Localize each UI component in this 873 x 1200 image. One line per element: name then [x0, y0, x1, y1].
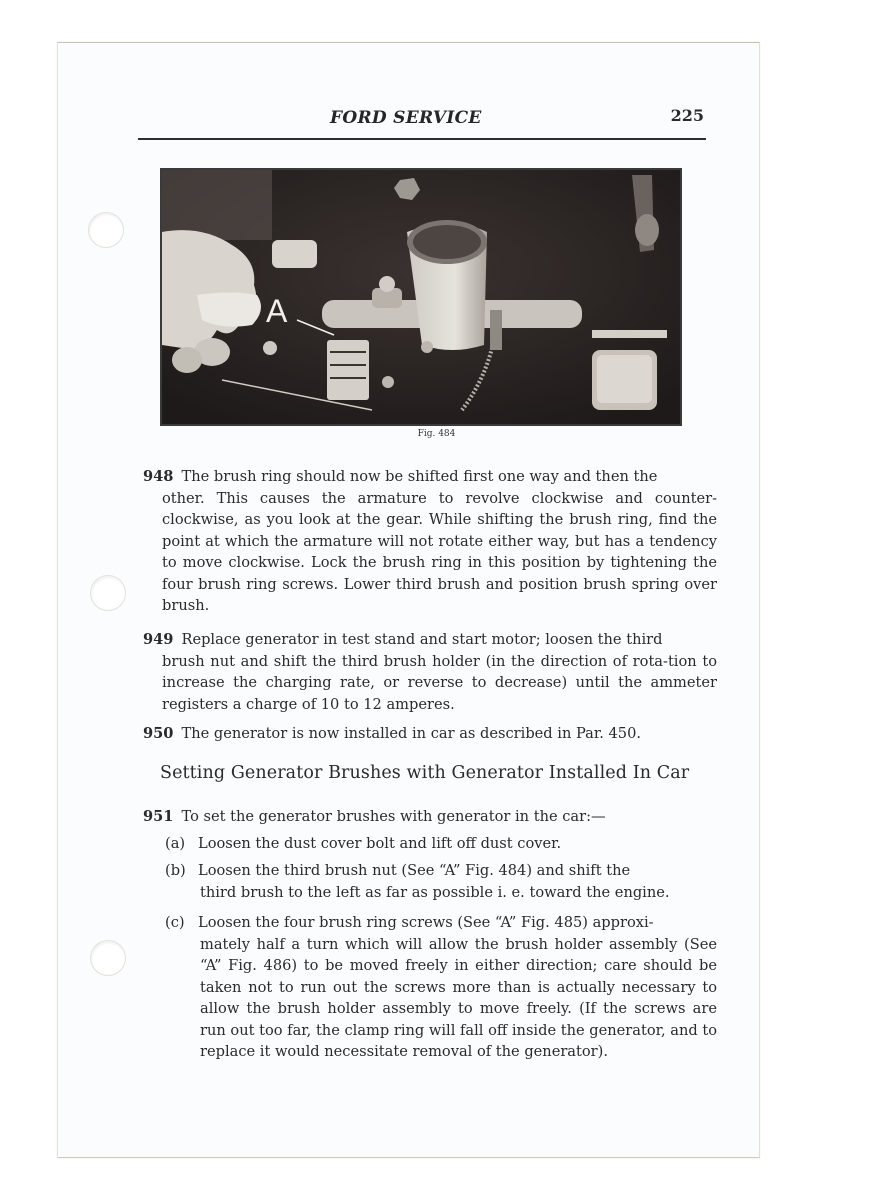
page-header: FORD SERVICE 225: [138, 104, 706, 140]
paragraph-number: 948: [143, 468, 173, 485]
step-text: Loosen the dust cover bolt and lift off …: [198, 835, 561, 852]
step-label: (c): [165, 912, 198, 934]
page-number: 225: [671, 106, 704, 125]
paragraph-continuation: brush nut and shift the third brush hold…: [143, 651, 717, 716]
step-continuation: third brush to the left as far as possib…: [165, 882, 717, 904]
binder-hole-bottom: [90, 940, 126, 976]
step-first-line: Loosen the third brush nut (See “A” Fig.…: [198, 862, 630, 879]
paragraph-951: 951To set the generator brushes with gen…: [143, 806, 717, 828]
step-a: (a)Loosen the dust cover bolt and lift o…: [165, 833, 717, 855]
section-heading: Setting Generator Brushes with Generator…: [160, 763, 689, 783]
paragraph-text: To set the generator brushes with genera…: [181, 808, 605, 825]
paragraph-first-line: Replace generator in test stand and star…: [181, 631, 662, 648]
step-c: (c)Loosen the four brush ring screws (Se…: [165, 912, 717, 1063]
paragraph-first-line: The brush ring should now be shifted fir…: [181, 468, 657, 485]
paragraph-continuation: other. This causes the armature to revol…: [143, 488, 717, 617]
paragraph-number: 950: [143, 725, 173, 742]
running-title: FORD SERVICE: [330, 108, 482, 128]
paragraph-number: 949: [143, 631, 173, 648]
step-continuation: mately half a turn which will allow the …: [165, 934, 717, 1063]
paragraph-949: 949Replace generator in test stand and s…: [143, 629, 717, 715]
figure-caption: Fig. 484: [0, 429, 873, 439]
binder-hole-top: [88, 212, 124, 248]
paragraph-first-line: The generator is now installed in car as…: [181, 725, 641, 742]
step-b: (b)Loosen the third brush nut (See “A” F…: [165, 860, 717, 903]
generator-photo-illustration: A: [162, 170, 680, 424]
paragraph-number: 951: [143, 808, 173, 825]
figure-photo: A: [160, 168, 682, 426]
paragraph-948: 948The brush ring should now be shifted …: [143, 466, 717, 617]
step-label: (a): [165, 833, 198, 855]
paragraph-950: 950The generator is now installed in car…: [143, 723, 717, 745]
binder-hole-middle: [90, 575, 126, 611]
step-label: (b): [165, 860, 198, 882]
step-first-line: Loosen the four brush ring screws (See “…: [198, 914, 654, 931]
callout-label-a: A: [266, 293, 288, 329]
